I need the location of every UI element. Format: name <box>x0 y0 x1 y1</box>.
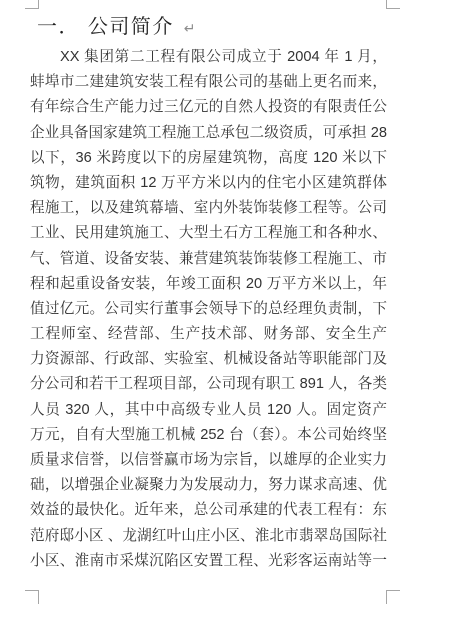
company-intro-paragraph: XX 集团第二工程有限公司成立于 2004 年 1 月，是在 蚌埠市二建建筑安装… <box>30 45 387 574</box>
paragraph-line: 工程师室、经营部、生产技术部、财务部、安全生产部、人 <box>30 322 387 347</box>
paragraph-line: 企业具备国家建筑工程施工总承包二级资质，可承担 28 层 <box>30 121 387 146</box>
paragraph-line: 气、管道、设备安装、兼营建筑装饰装修工程施工、市政工 <box>30 247 387 272</box>
paragraph-line: 程和起重设备安装，年竣工面积 20 万平方米以上，年总产 <box>30 272 387 297</box>
paragraph-line: 工业、民用建筑施工、大型土石方工程施工和各种水、电、 <box>30 221 387 246</box>
paragraph-mark-icon: ↵ <box>184 21 196 37</box>
crop-mark-top-left <box>25 0 39 9</box>
paragraph-line: 范府邸小区 、龙湖红叶山庄小区、淮北市翡翠岛国际社区 <box>30 524 387 549</box>
crop-mark-bottom-left <box>25 590 39 604</box>
section-heading: 一． 公司简介 ↵ <box>30 10 387 45</box>
paragraph-line: 值过亿元。公司实行董事会领导下的总经理负责制，下设总 <box>30 297 387 322</box>
paragraph-line: 分公司和若干工程项目部，公司现有职工 891 人，各类专业 <box>30 372 387 397</box>
paragraph-line: 有年综合生产能力过三亿元的自然人投资的有限责任公司。 <box>30 95 387 120</box>
paragraph-line: 力资源部、行政部、实验室、机械设备站等职能部门及土建 <box>30 347 387 372</box>
paragraph-line: 筑物，建筑面积 12 万平方米以内的住宅小区建筑群体的工 <box>30 171 387 196</box>
paragraph-line: 质量求信誉，以信誉赢市场为宗旨，以雄厚的企业实力为基 <box>30 448 387 473</box>
paragraph-line: 蚌埠市二建建筑安装工程有限公司的基础上更名而来，是具 <box>30 70 387 95</box>
document-page: 一． 公司简介 ↵ XX 集团第二工程有限公司成立于 2004 年 1 月，是在… <box>0 0 449 628</box>
paragraph-line: 以下，36 米跨度以下的房屋建筑物，高度 120 米以下的构 <box>30 146 387 171</box>
crop-mark-top-right <box>386 0 400 9</box>
paragraph-line: 万元，自有大型施工机械 252 台（套）。本公司始终坚持以 <box>30 423 387 448</box>
paragraph-line: 程施工，以及建筑幕墙、室内外装饰装修工程等。公司主营 <box>30 196 387 221</box>
paragraph-line: XX 集团第二工程有限公司成立于 2004 年 1 月，是在 <box>30 45 387 70</box>
text-area: 一． 公司简介 ↵ XX 集团第二工程有限公司成立于 2004 年 1 月，是在… <box>30 10 387 574</box>
section-heading-text: 一． 公司简介 <box>37 14 174 38</box>
crop-mark-bottom-right <box>386 590 400 604</box>
paragraph-line: 础，以增强企业凝聚力为发展动力，努力谋求高速、优质、 <box>30 473 387 498</box>
paragraph-line: 人员 320 人，其中中高级专业人员 120 人。固定资产 1405 <box>30 398 387 423</box>
paragraph-line: 小区、淮南市采煤沉陷区安置工程、光彩客运南站等一大批 <box>30 549 387 574</box>
paragraph-line: 效益的最快化。近年来，总公司承建的代表工程有：东城师 <box>30 498 387 523</box>
